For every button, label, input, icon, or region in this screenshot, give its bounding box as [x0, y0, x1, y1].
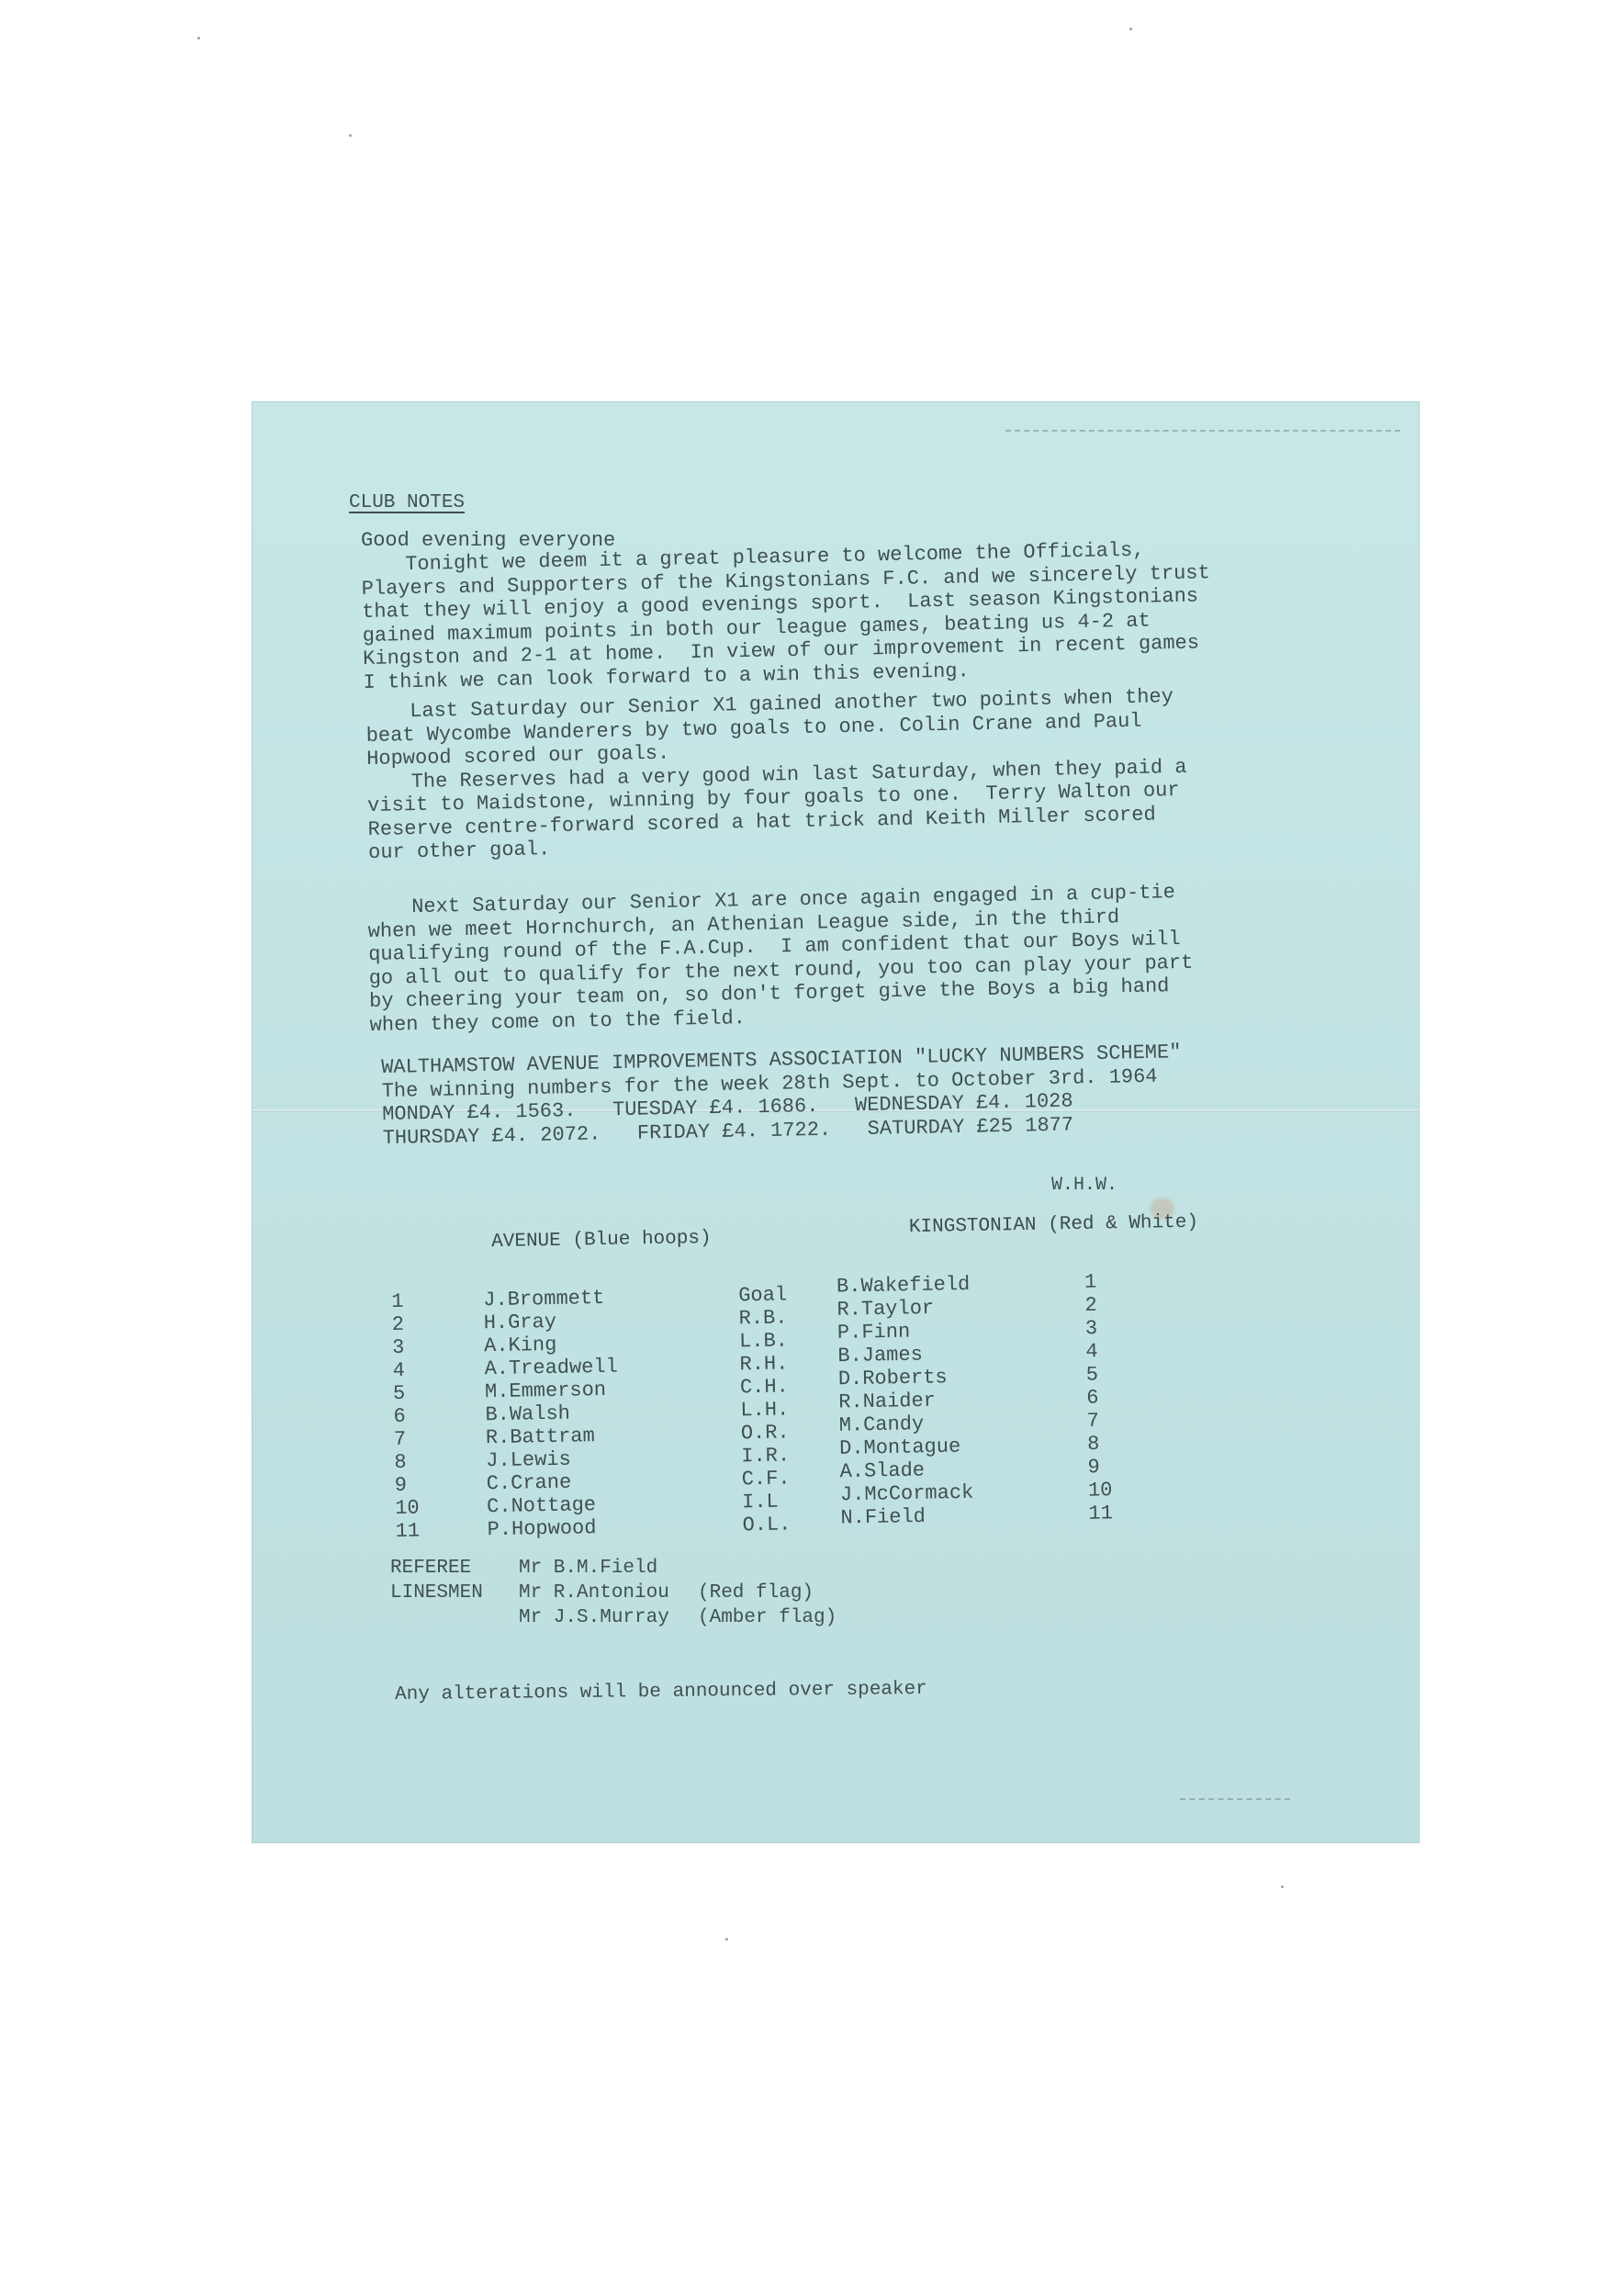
away-shirt-number: 11: [1088, 1502, 1113, 1525]
away-player-name: B.James: [837, 1344, 923, 1368]
position: R.H.: [739, 1352, 788, 1376]
home-player-name: A.Treadwell: [484, 1356, 618, 1381]
official-name: Mr J.S.Murray: [519, 1607, 669, 1628]
away-player-name: M.Candy: [839, 1412, 925, 1437]
paragraph-results: Last Saturday our Senior X1 gained anoth…: [365, 681, 1378, 865]
home-player-name: C.Crane: [487, 1471, 572, 1496]
home-player-name: R.Battram: [486, 1424, 595, 1449]
signature: W.H.W.: [1051, 1174, 1117, 1198]
away-player-name: R.Taylor: [837, 1297, 934, 1322]
team-sheet: AVENUE (Blue hoops) KINGSTONIAN (Red & W…: [390, 1218, 1314, 1536]
home-shirt-number: 7: [394, 1428, 407, 1451]
away-player-name: N.Field: [840, 1505, 926, 1530]
paragraph-welcome: Tonight we deem it a great pleasure to w…: [361, 535, 1374, 694]
home-shirt-number: 3: [392, 1336, 405, 1359]
position: O.R.: [741, 1421, 790, 1445]
home-shirt-number: 9: [395, 1474, 408, 1497]
home-shirt-number: 8: [394, 1451, 407, 1474]
away-shirt-number: 1: [1084, 1271, 1097, 1294]
official-name: Mr R.Antoniou: [519, 1582, 669, 1604]
club-notes-title: CLUB NOTES: [349, 491, 465, 515]
away-shirt-number: 10: [1088, 1479, 1113, 1502]
away-shirt-number: 2: [1084, 1294, 1097, 1317]
home-player-name: B.Walsh: [485, 1402, 570, 1427]
position: C.H.: [740, 1375, 789, 1399]
away-shirt-number: 9: [1087, 1456, 1100, 1479]
away-shirt-number: 4: [1085, 1340, 1098, 1363]
home-shirt-number: 4: [392, 1359, 405, 1382]
home-player-name: A.King: [484, 1334, 557, 1357]
official-role: LINESMEN: [390, 1582, 483, 1604]
home-player-name: C.Nottage: [487, 1493, 596, 1518]
position: Goal: [738, 1283, 787, 1307]
position: I.R.: [741, 1444, 790, 1468]
position: O.L.: [742, 1513, 791, 1536]
scan-speck: [1281, 1885, 1284, 1888]
home-shirt-number: 5: [393, 1382, 406, 1405]
lucky-numbers-section: WALTHAMSTOW AVENUE IMPROVEMENTS ASSOCIAT…: [381, 1037, 1393, 1150]
scan-speck: [197, 37, 200, 39]
home-player-name: M.Emmerson: [485, 1379, 606, 1403]
home-team-header: AVENUE (Blue hoops): [491, 1228, 712, 1253]
home-shirt-number: 11: [395, 1519, 420, 1542]
official-flag: (Red flag): [698, 1582, 814, 1604]
away-shirt-number: 3: [1085, 1317, 1098, 1340]
home-shirt-number: 6: [393, 1405, 406, 1428]
away-player-name: D.Montague: [839, 1435, 960, 1460]
home-shirt-number: 1: [391, 1290, 404, 1313]
pen-mark: [1005, 430, 1400, 433]
home-player-name: P.Hopwood: [487, 1516, 596, 1541]
away-player-name: R.Naider: [838, 1390, 936, 1414]
official-flag: (Amber flag): [698, 1607, 837, 1628]
away-shirt-number: 5: [1086, 1363, 1099, 1386]
scan-speck: [1129, 28, 1132, 30]
official-name: Mr B.M.Field: [519, 1558, 657, 1579]
away-team-header: KINGSTONIAN (Red & White): [909, 1212, 1198, 1238]
alterations-note: Any alterations will be announced over s…: [395, 1678, 927, 1707]
position: L.H.: [740, 1398, 789, 1422]
position: L.B.: [739, 1329, 788, 1353]
home-player-name: J.Lewis: [486, 1448, 571, 1473]
home-player-name: H.Gray: [484, 1311, 557, 1334]
position: I.L: [742, 1491, 779, 1514]
pen-mark: [1180, 1798, 1290, 1802]
official-role: REFEREE: [390, 1558, 471, 1579]
scan-speck: [725, 1938, 728, 1941]
paragraph-cup-tie: Next Saturday our Senior X1 are once aga…: [367, 877, 1380, 1037]
programme-sheet: CLUB NOTES Good evening everyone Tonight…: [253, 402, 1419, 1842]
away-player-name: D.Roberts: [838, 1366, 948, 1390]
away-player-name: A.Slade: [839, 1458, 925, 1483]
position: C.F.: [742, 1467, 791, 1491]
away-shirt-number: 8: [1087, 1433, 1100, 1456]
home-player-name: J.Brommett: [483, 1287, 604, 1311]
away-shirt-number: 6: [1086, 1387, 1099, 1410]
away-shirt-number: 7: [1086, 1410, 1099, 1433]
scan-speck: [349, 134, 352, 137]
away-player-name: B.Wakefield: [837, 1273, 971, 1299]
away-player-name: P.Finn: [837, 1321, 911, 1345]
home-shirt-number: 2: [392, 1313, 405, 1336]
home-shirt-number: 10: [395, 1496, 420, 1519]
away-player-name: J.McCormack: [840, 1481, 974, 1507]
position: R.B.: [738, 1306, 787, 1330]
